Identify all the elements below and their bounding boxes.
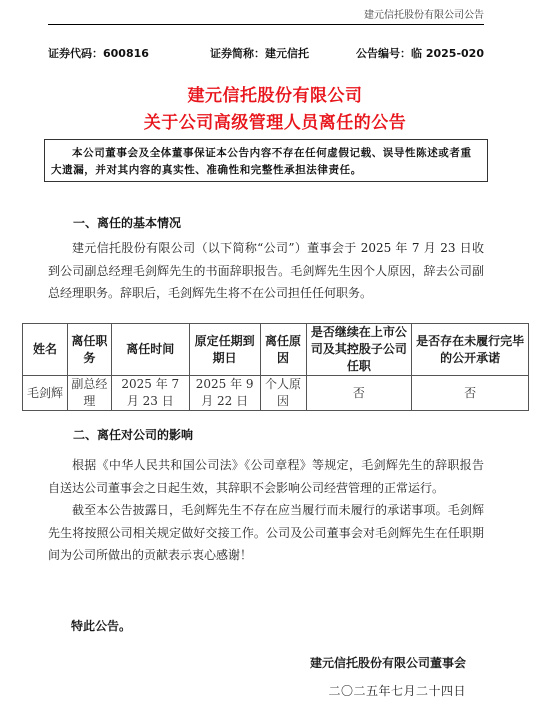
header-unfulfilled-commitment: 是否存在未履行完毕的公开承诺 <box>412 324 529 376</box>
paragraph-basic-info: 建元信托股份有限公司（以下简称“公司”）董事会于 2025 年 7 月 23 日… <box>48 237 484 305</box>
closing-statement: 特此公告。 <box>71 617 131 634</box>
header-position: 离任职务 <box>67 324 111 376</box>
stock-abbreviation: 证券简称：建元信托 <box>210 45 309 61</box>
disclaimer-box: 本公司董事会及全体董事保证本公告内容不存在任何虚假记载、误导性陈述或者重大遗漏，… <box>44 139 488 182</box>
signature-date: 二〇二五年七月二十四日 <box>328 682 466 699</box>
cell-name: 毛剑辉 <box>23 376 68 411</box>
section-heading-basic-info: 一、离任的基本情况 <box>73 214 181 231</box>
paragraph-impact-handover: 截至本公告披露日，毛剑辉先生不存在应当履行而未履行的承诺事项。毛剑辉先生将按照公… <box>48 499 484 567</box>
paragraph-impact-legal: 根据《中华人民共和国公司法》《公司章程》等规定，毛剑辉先生的辞职报告自送达公司董… <box>48 454 484 499</box>
header-rule <box>48 24 484 25</box>
cell-term-end: 2025 年 9 月 22 日 <box>189 376 260 411</box>
title-company: 建元信托股份有限公司 <box>0 81 550 106</box>
resignation-table: 姓名 离任职务 离任时间 原定任期到期日 离任原因 是否继续在上市公司及其控股子… <box>22 323 529 411</box>
header-continue-role: 是否继续在上市公司及其控股子公司任职 <box>306 324 412 376</box>
cell-unfulfilled-commitment: 否 <box>412 376 529 411</box>
cell-resign-date: 2025 年 7 月 23 日 <box>111 376 189 411</box>
table-row: 毛剑辉 副总经理 2025 年 7 月 23 日 2025 年 9 月 22 日… <box>23 376 529 411</box>
table-header-row: 姓名 离任职务 离任时间 原定任期到期日 离任原因 是否继续在上市公司及其控股子… <box>23 324 529 376</box>
cell-continue-role: 否 <box>306 376 412 411</box>
stock-code: 证券代码：600816 <box>48 45 149 61</box>
announcement-number: 公告编号：临 2025-020 <box>356 45 484 61</box>
header-reason: 离任原因 <box>260 324 306 376</box>
section-heading-impact: 二、离任对公司的影响 <box>73 426 193 443</box>
cell-reason: 个人原因 <box>260 376 306 411</box>
disclaimer-text: 本公司董事会及全体董事保证本公告内容不存在任何虚假记载、误导性陈述或者重大遗漏，… <box>51 145 481 179</box>
title-subject: 关于公司高级管理人员离任的公告 <box>0 108 550 133</box>
cell-position: 副总经理 <box>67 376 111 411</box>
meta-row: 证券代码：600816 证券简称：建元信托 公告编号：临 2025-020 <box>48 45 484 61</box>
header-resign-date: 离任时间 <box>111 324 189 376</box>
page-header-text: 建元信托股份有限公司公告 <box>364 6 484 21</box>
signature-board: 建元信托股份有限公司董事会 <box>310 654 466 671</box>
header-term-end: 原定任期到期日 <box>189 324 260 376</box>
header-name: 姓名 <box>23 324 68 376</box>
